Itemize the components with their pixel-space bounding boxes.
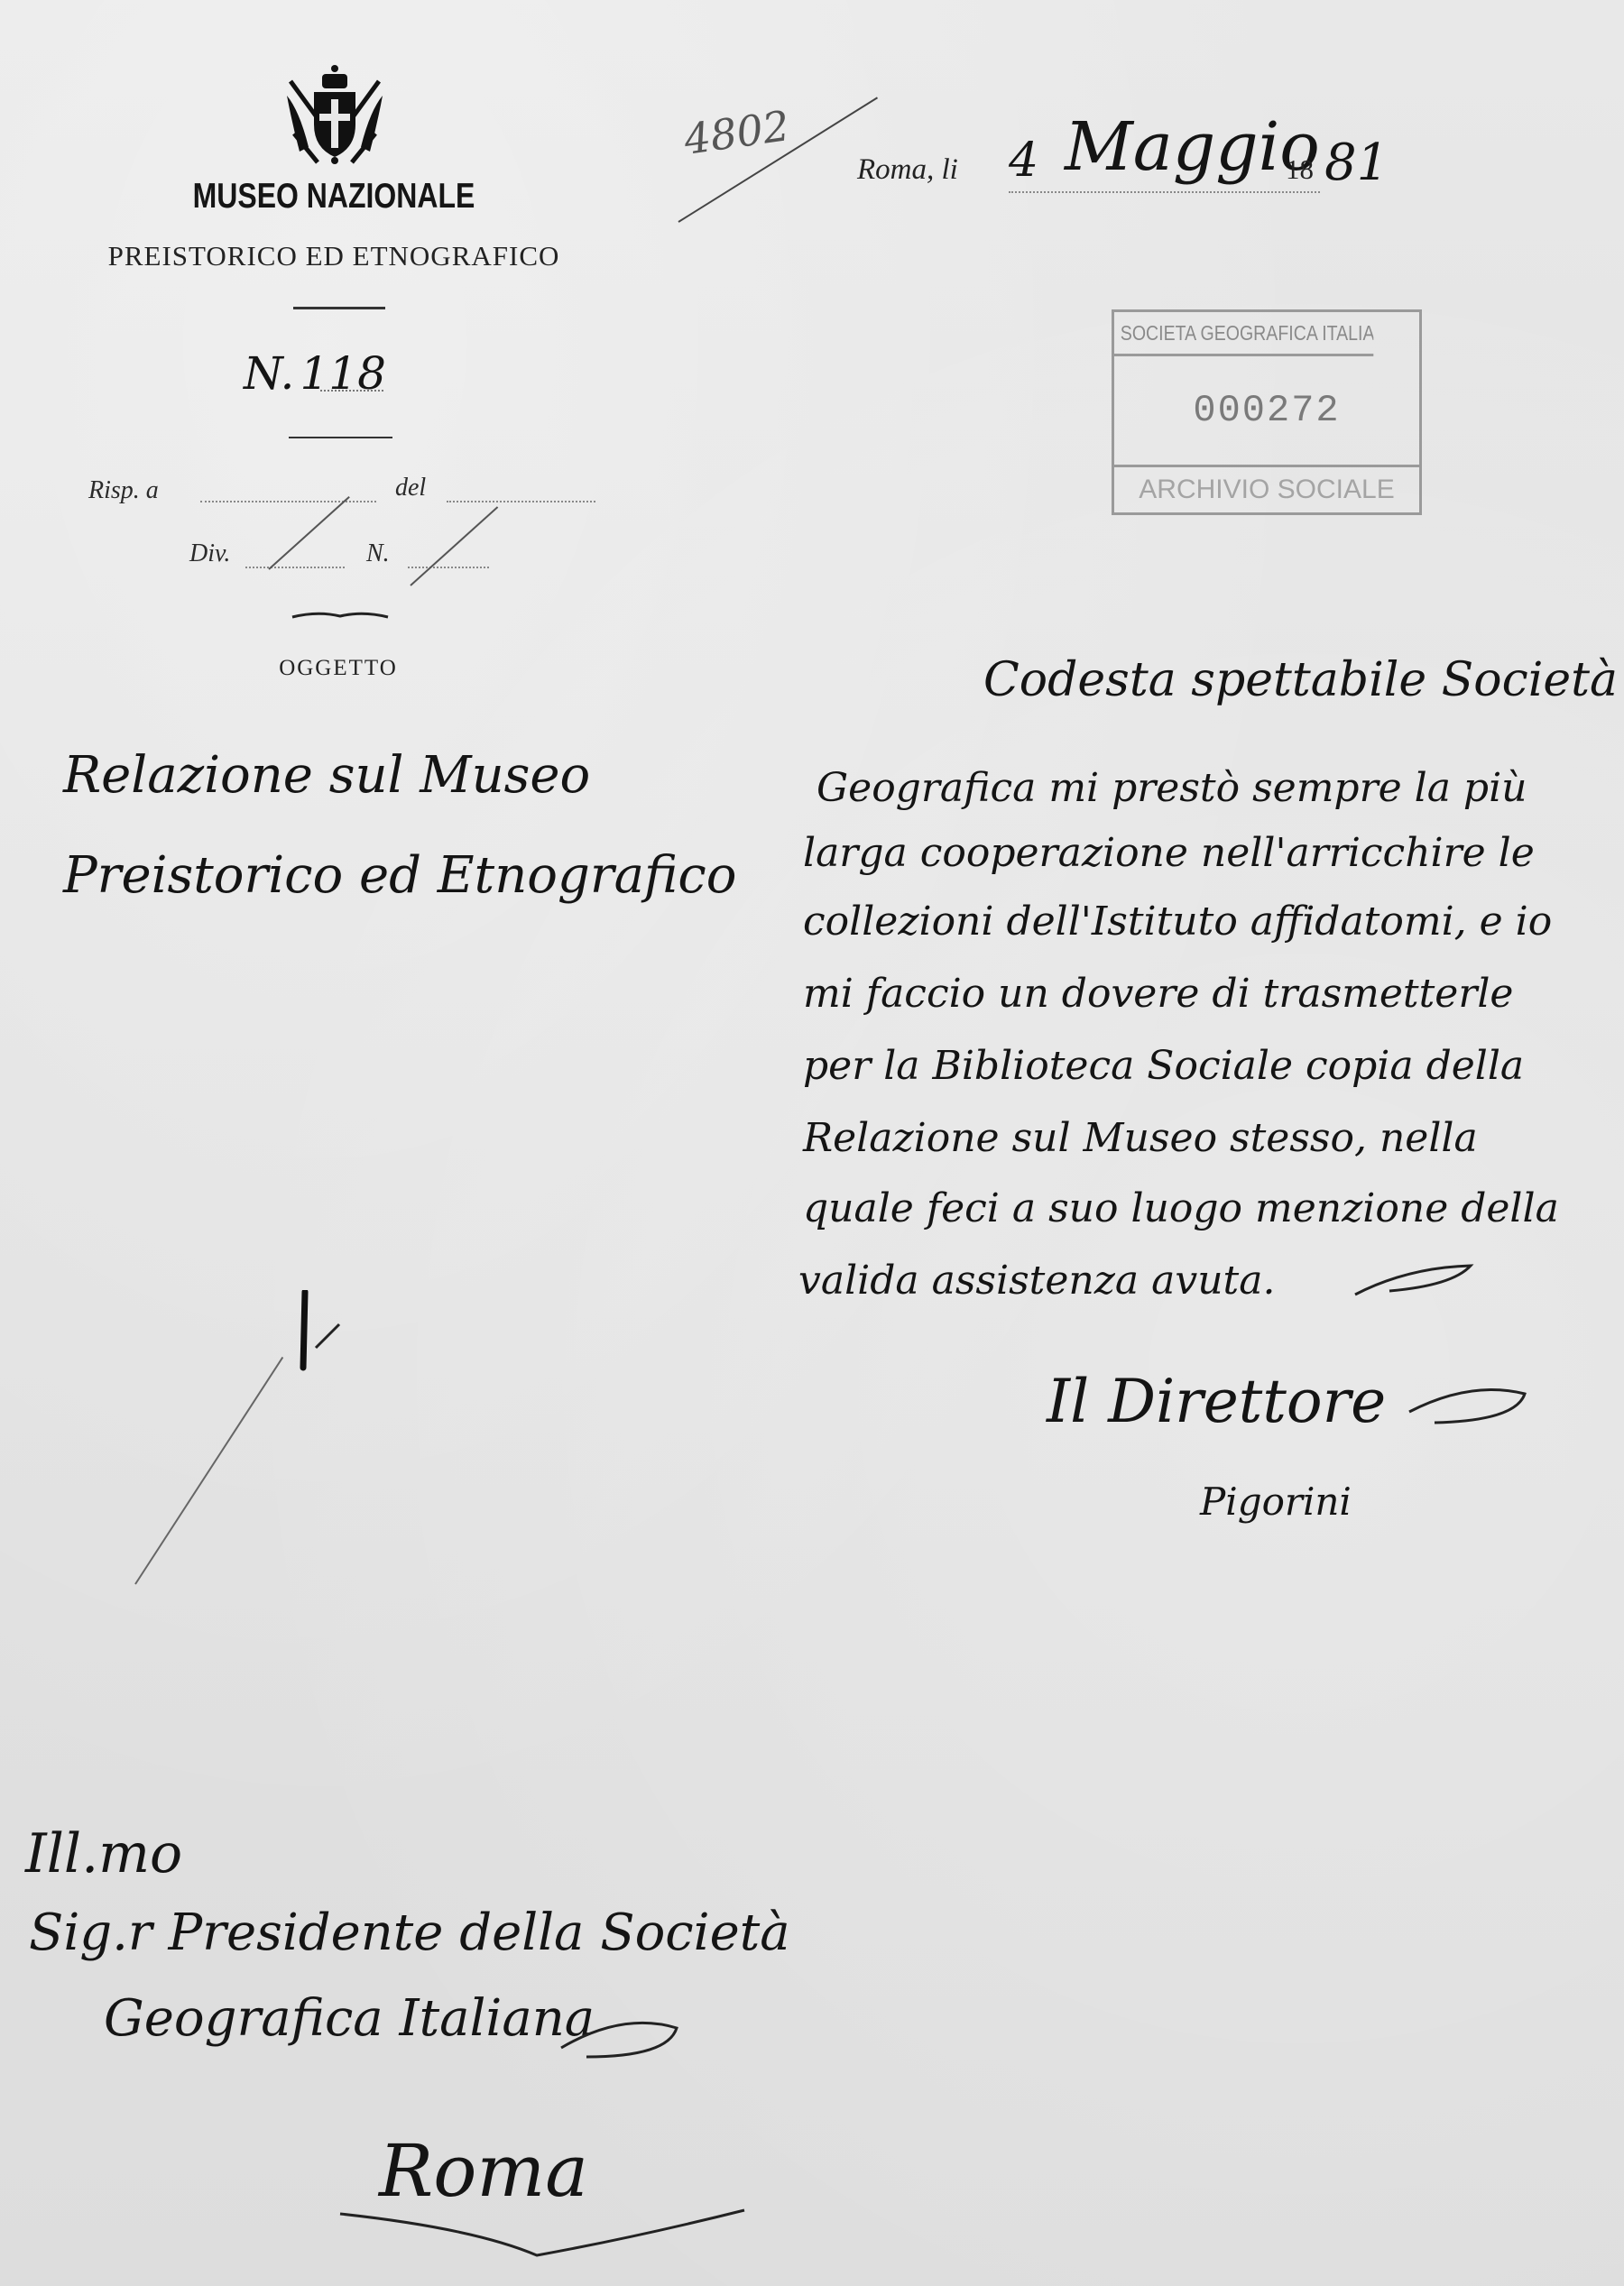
city-underline-flourish (338, 2201, 753, 2268)
div-label: Div. (189, 539, 230, 568)
institution-name: MUSEO NAZIONALE (134, 177, 534, 217)
subject-line: Preistorico ed Etnografico (63, 851, 736, 901)
signature: Pigorini (1200, 1479, 1352, 1524)
stamp-header: SOCIETA GEOGRAFICA ITALIANA (1114, 312, 1373, 356)
body-line: collezioni dell'Istituto affidatomi, e i… (803, 902, 1552, 942)
divider (293, 307, 385, 309)
strike-line (268, 496, 350, 570)
coat-of-arms-icon (281, 61, 388, 168)
date-year-printed: 18 (1286, 153, 1314, 186)
date-year-handwritten: 81 (1324, 134, 1389, 192)
dateline-place: Roma, li (857, 153, 958, 187)
strike-line (410, 506, 498, 585)
risp-label: Risp. a (88, 476, 159, 505)
body-line: per la Biblioteca Sociale copia della (803, 1046, 1524, 1086)
risp-field (200, 501, 376, 502)
n-label: N. (366, 539, 390, 568)
check-mark-icon (289, 1290, 343, 1384)
protocol-number: N.118 (244, 347, 386, 400)
body-line: Relazione sul Museo stesso, nella (803, 1119, 1478, 1158)
institution-subtitle: PREISTORICO ED ETNOGRAFICO (81, 240, 586, 272)
body-line: larga cooperazione nell'arricchire le (803, 834, 1535, 873)
flourish (1407, 1376, 1534, 1433)
del-field (447, 501, 595, 502)
div-field (245, 567, 345, 568)
date-month: Maggio (1065, 108, 1320, 186)
body-line: mi faccio un dovere di trasmetterle (803, 974, 1513, 1014)
body-line: Geografica mi prestò sempre la più (817, 769, 1527, 808)
date-underline (1009, 191, 1320, 193)
divider (289, 437, 392, 438)
number-underline (320, 390, 383, 392)
archive-number: 4802 (681, 101, 792, 164)
archive-stamp: SOCIETA GEOGRAFICA ITALIANA 000272 ARCHI… (1112, 309, 1422, 515)
flourish (1353, 1258, 1480, 1307)
closing-salutation: Il Direttore (1047, 1367, 1386, 1436)
body-line: valida assistenza avuta. (798, 1261, 1275, 1301)
ornament (291, 608, 390, 625)
body-line: quale feci a suo luogo menzione della (803, 1189, 1559, 1229)
subject-heading: OGGETTO (180, 656, 496, 681)
date-day: 4 (1009, 134, 1038, 188)
addressee-line: Sig.r Presidente della Società (29, 1903, 790, 1962)
n-field (408, 567, 489, 568)
del-label: del (395, 474, 426, 502)
flourish (559, 2012, 686, 2069)
stamp-footer: ARCHIVIO SOCIALE (1114, 465, 1419, 512)
addressee-line: Ill.mo (25, 1822, 182, 1885)
stamp-number: 000272 (1114, 356, 1419, 465)
subject-line: Relazione sul Museo (63, 751, 590, 801)
addressee-line: Geografica Italiana (104, 1989, 595, 2048)
body-line: Codesta spettabile Società (983, 657, 1618, 704)
diagonal-pencil-line (134, 1357, 283, 1585)
